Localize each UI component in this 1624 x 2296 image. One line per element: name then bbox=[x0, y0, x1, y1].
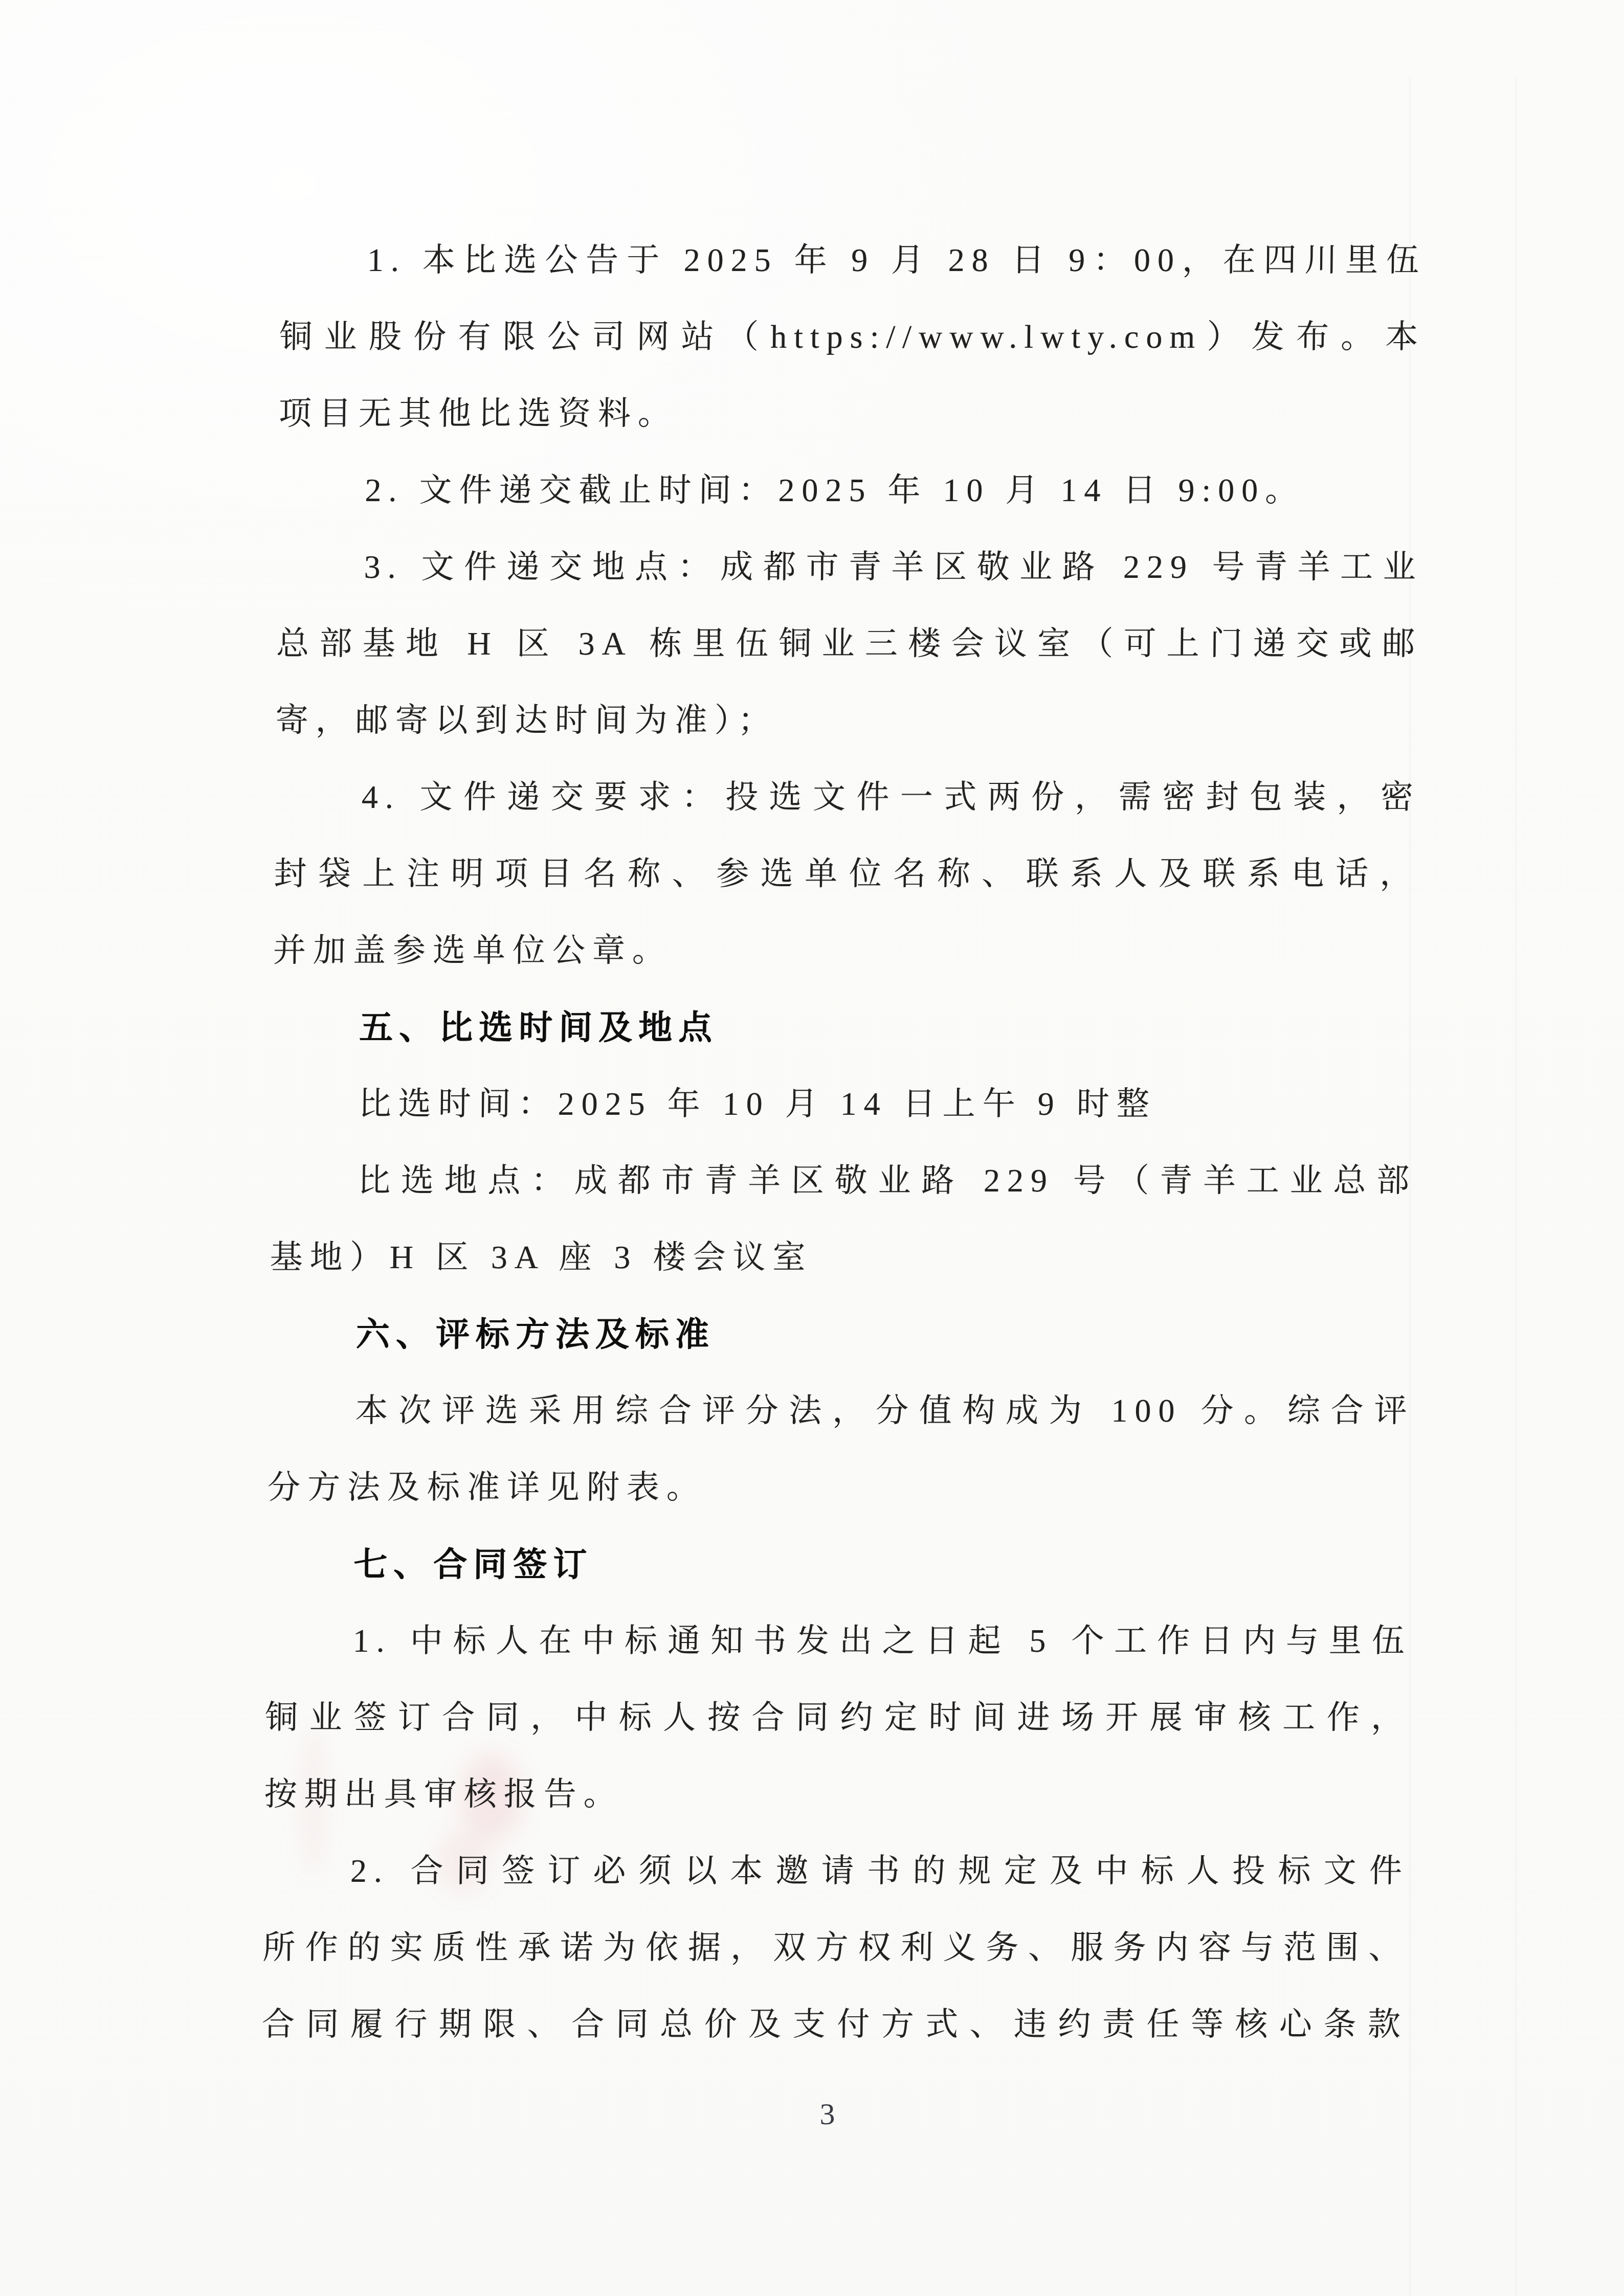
text-line: 合同履行期限、合同总价及支付方式、违约责任等核心条款 bbox=[261, 1986, 1408, 2063]
text-line: 分方法及标准详见附表。 bbox=[267, 1449, 1414, 1526]
text-line: 项目无其他比选资料。 bbox=[278, 375, 1425, 452]
text-line: 比选时间：2025 年 10 月 14 日上午 9 时整 bbox=[271, 1066, 1418, 1142]
text-line: 铜业签订合同，中标人按合同约定时间进场开展审核工作， bbox=[264, 1679, 1411, 1756]
text-line: 2. 合同签订必须以本邀请书的规定及中标人投标文件 bbox=[263, 1833, 1410, 1909]
text-line: 基地）H 区 3A 座 3 楼会议室 bbox=[270, 1219, 1416, 1296]
section-heading: 六、评标方法及标准 bbox=[269, 1296, 1415, 1372]
text-line: 4. 文件递交要求：投选文件一式两份，需密封包装，密 bbox=[274, 759, 1421, 836]
scanned-page: 1. 本比选公告于 2025 年 9 月 28 日 9：00，在四川里伍 铜业股… bbox=[0, 0, 1624, 2296]
section-heading: 五、比选时间及地点 bbox=[272, 989, 1419, 1066]
text-line: 2. 文件递交截止时间：2025 年 10 月 14 日 9:00。 bbox=[278, 452, 1425, 529]
text-line: 1. 本比选公告于 2025 年 9 月 28 日 9：00，在四川里伍 bbox=[280, 222, 1427, 299]
text-line: 3. 文件递交地点：成都市青羊区敬业路 229 号青羊工业 bbox=[277, 529, 1423, 605]
text-line: 1. 中标人在中标通知书发出之日起 5 个工作日内与里伍 bbox=[265, 1603, 1412, 1679]
text-line: 所作的实质性承诺为依据，双方权利义务、服务内容与范围、 bbox=[262, 1909, 1409, 1986]
text-line: 封袋上注明项目名称、参选单位名称、联系人及联系电话， bbox=[274, 836, 1420, 912]
scan-seam bbox=[1515, 77, 1517, 2296]
text-line: 寄，邮寄以到达时间为准）； bbox=[275, 682, 1422, 759]
text-line: 总部基地 H 区 3A 栋里伍铜业三楼会议室（可上门递交或邮 bbox=[276, 605, 1422, 682]
text-line: 按期出具审核报告。 bbox=[264, 1756, 1411, 1833]
section-heading: 七、合同签订 bbox=[266, 1526, 1413, 1603]
text-line: 铜业股份有限公司网站（https://www.lwty.com）发布。本 bbox=[279, 299, 1426, 375]
page-number: 3 bbox=[0, 2097, 1624, 2132]
text-line: 本次评选采用综合评分法，分值构成为 100 分。综合评 bbox=[268, 1372, 1415, 1449]
document-body: 1. 本比选公告于 2025 年 9 月 28 日 9：00，在四川里伍 铜业股… bbox=[261, 222, 1427, 2063]
text-line: 并加盖参选单位公章。 bbox=[273, 912, 1419, 989]
text-line: 比选地点：成都市青羊区敬业路 229 号（青羊工业总部 bbox=[270, 1142, 1417, 1219]
